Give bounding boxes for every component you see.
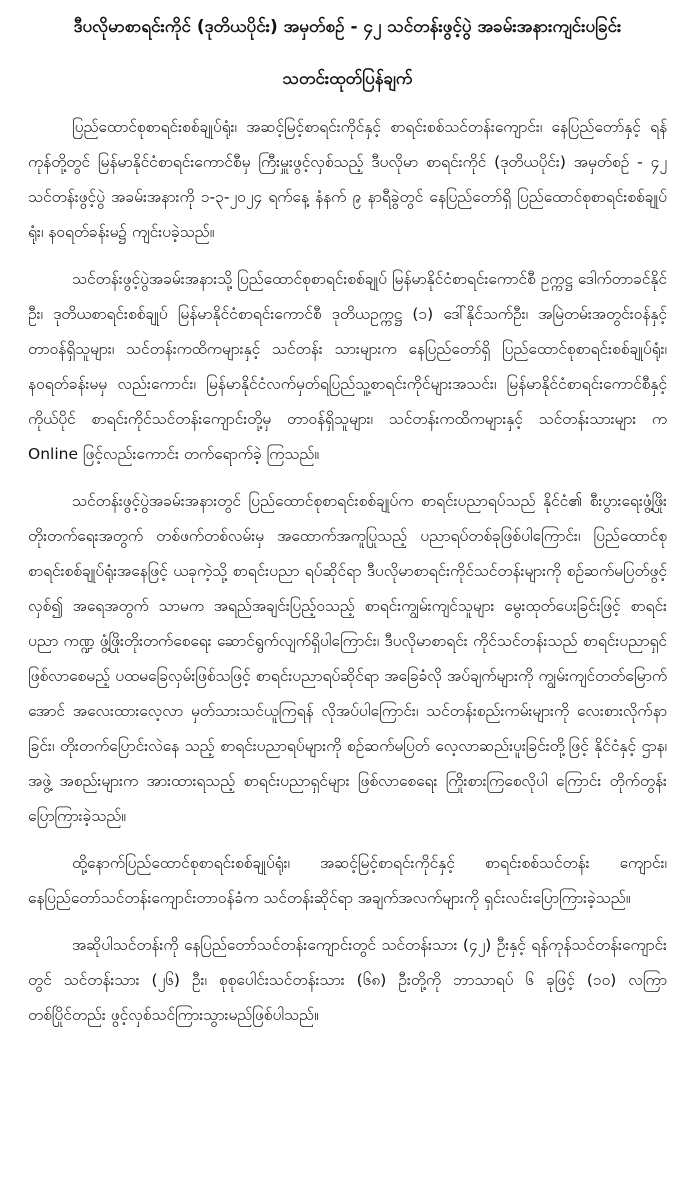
title-line-1: ဒီပလိုမာစာရင်းကိုင် (ဒုတိယပိုင်း) အမှတ်စ… [74, 17, 622, 37]
paragraph-3: သင်တန်းဖွင့်ပွဲအခမ်းအနားတွင် ပြည်ထောင်စု… [28, 484, 667, 834]
document-page: ဒီပလိုမာစာရင်းကိုင် (ဒုတိယပိုင်း) အမှတ်စ… [0, 0, 691, 1200]
title-line-2: သတင်းထုတ်ပြန်ချက် [28, 62, 667, 96]
paragraph-1: ပြည်ထောင်စုစာရင်းစစ်ချုပ်ရုံး၊ အဆင့်မြင့… [28, 110, 667, 250]
paragraph-5: အဆိုပါသင်တန်းကို နေပြည်တော်သင်တန်းကျောင်… [28, 928, 667, 1033]
page-title: ဒီပလိုမာစာရင်းကိုင် (ဒုတိယပိုင်း) အမှတ်စ… [28, 10, 667, 96]
paragraph-4: ထို့နောက်ပြည်ထောင်စုစာရင်းစစ်ချုပ်ရုံး၊ … [28, 846, 667, 916]
paragraph-2: သင်တန်းဖွင့်ပွဲအခမ်းအနားသို့ ပြည်ထောင်စု… [28, 262, 667, 472]
